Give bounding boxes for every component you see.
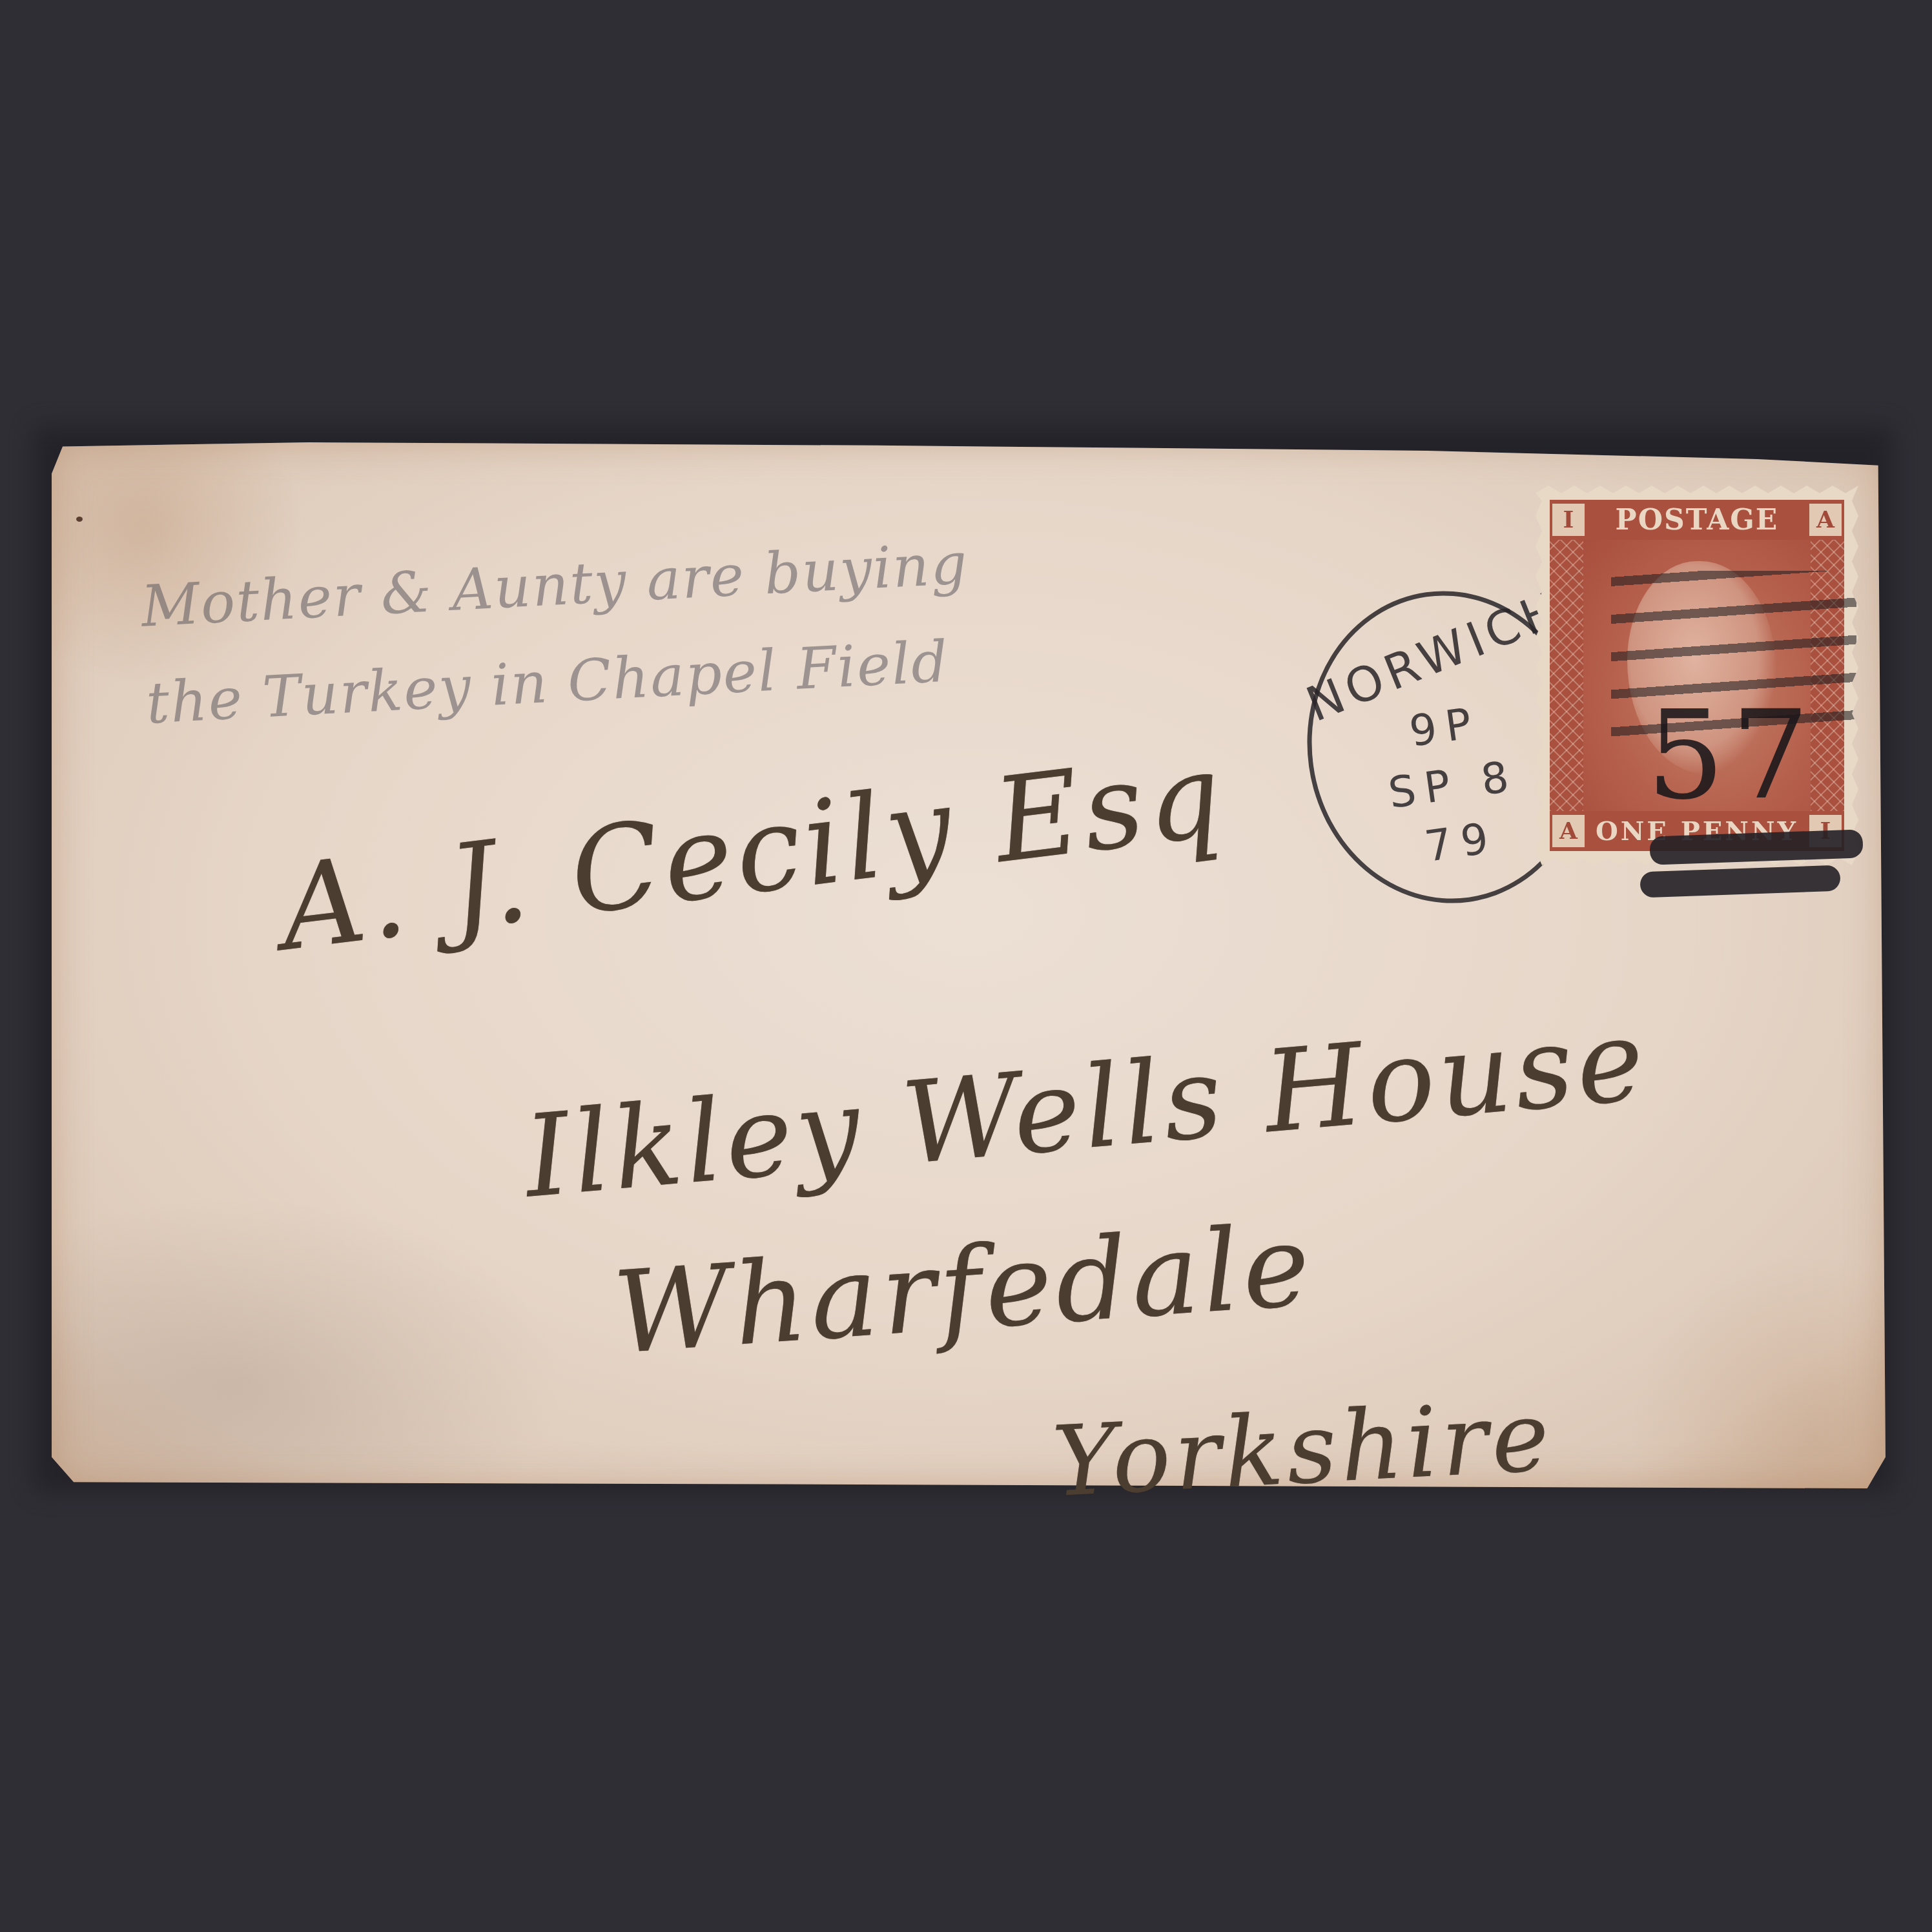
penny-red-stamp: I POSTAGE A A ONE PENNY I 57 <box>1536 486 1858 865</box>
stamp-design: I POSTAGE A A ONE PENNY I 57 <box>1550 500 1844 851</box>
cancel-numeral: 57 <box>1647 684 1816 827</box>
stamp-postage-label: POSTAGE <box>1587 504 1807 537</box>
address-county: Yorkshire <box>1051 1388 1556 1511</box>
stamp-top-bar: I POSTAGE A <box>1550 500 1844 540</box>
stamp-corner-bottom-left: A <box>1552 815 1585 847</box>
stamp-side-ornament-left <box>1550 540 1583 811</box>
paper-tear-mark <box>76 517 83 522</box>
photo-backdrop: Mother & Aunty are buying the Turkey in … <box>0 0 1932 1932</box>
stamp-corner-top-left: I <box>1552 504 1585 536</box>
stamp-corner-top-right: A <box>1809 504 1842 536</box>
